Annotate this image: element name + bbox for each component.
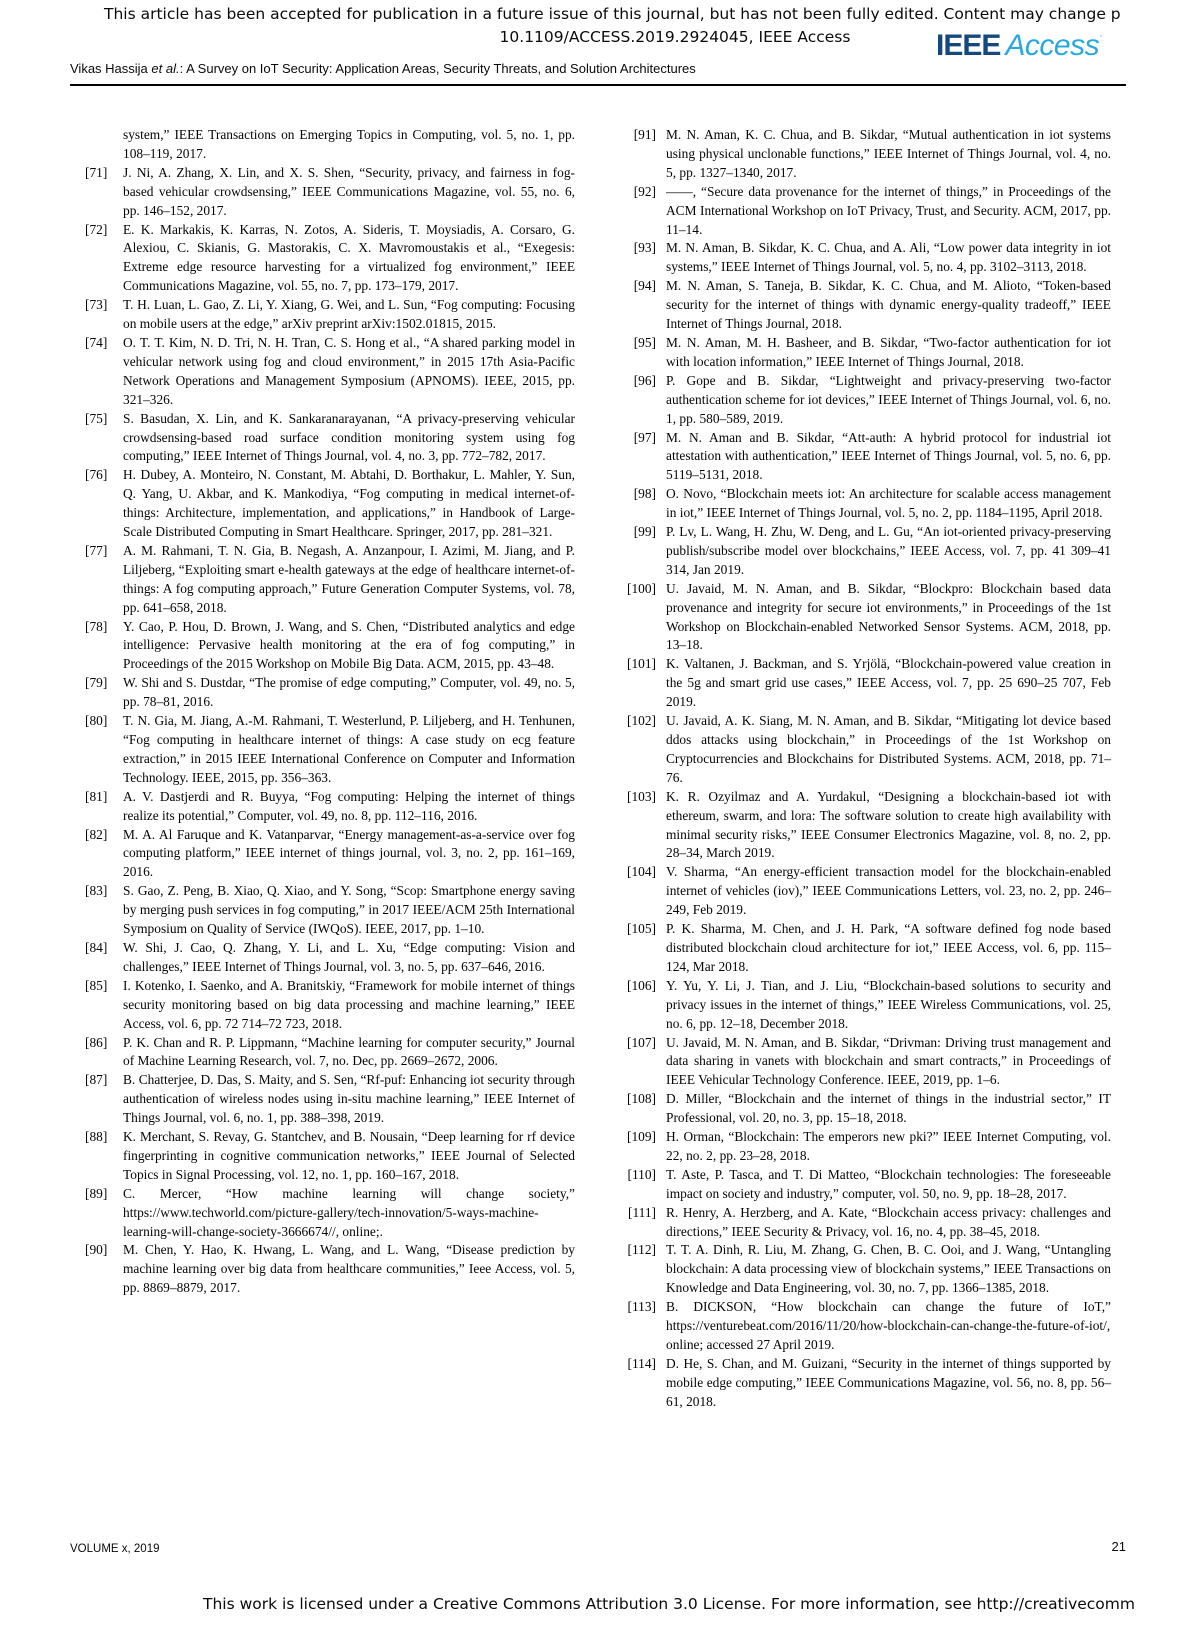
reference-item: [76]H. Dubey, A. Monteiro, N. Constant, … (85, 466, 575, 542)
reference-number: [82] (85, 826, 114, 845)
reference-number: [73] (85, 296, 114, 315)
reference-item: [73]T. H. Luan, L. Gao, Z. Li, Y. Xiang,… (85, 296, 575, 334)
reference-number: [97] (618, 429, 656, 448)
reference-item: [83]S. Gao, Z. Peng, B. Xiao, Q. Xiao, a… (85, 882, 575, 939)
reference-item: [77]A. M. Rahmani, T. N. Gia, B. Negash,… (85, 542, 575, 618)
reference-item: [88]K. Merchant, S. Revay, G. Stantchev,… (85, 1128, 575, 1185)
reference-number: [74] (85, 334, 114, 353)
reference-number: [112] (618, 1241, 656, 1260)
reference-number: [71] (85, 164, 114, 183)
reference-item: [114]D. He, S. Chan, and M. Guizani, “Se… (618, 1355, 1111, 1412)
reference-text: J. Ni, A. Zhang, X. Lin, and X. S. Shen,… (123, 165, 575, 218)
reference-number: [108] (618, 1090, 656, 1109)
reference-item: [91]M. N. Aman, K. C. Chua, and B. Sikda… (618, 126, 1111, 183)
reference-number: [100] (618, 580, 656, 599)
reference-item: [106]Y. Yu, Y. Li, J. Tian, and J. Liu, … (618, 977, 1111, 1034)
reference-number: [78] (85, 618, 114, 637)
reference-text: D. Miller, “Blockchain and the internet … (666, 1091, 1111, 1125)
reference-item: [71]J. Ni, A. Zhang, X. Lin, and X. S. S… (85, 164, 575, 221)
reference-item: [105]P. K. Sharma, M. Chen, and J. H. Pa… (618, 920, 1111, 977)
reference-text: M. N. Aman, B. Sikdar, K. C. Chua, and A… (666, 240, 1111, 274)
reference-number: [105] (618, 920, 656, 939)
reference-number: [85] (85, 977, 114, 996)
reference-item: [93]M. N. Aman, B. Sikdar, K. C. Chua, a… (618, 239, 1111, 277)
reference-item: [82]M. A. Al Faruque and K. Vatanparvar,… (85, 826, 575, 883)
reference-number: [77] (85, 542, 114, 561)
reference-number: [84] (85, 939, 114, 958)
reference-text: system,” IEEE Transactions on Emerging T… (123, 127, 575, 161)
reference-item: [92]——, “Secure data provenance for the … (618, 183, 1111, 240)
reference-number: [72] (85, 221, 114, 240)
reference-number: [99] (618, 523, 656, 542)
reference-number: [87] (85, 1071, 114, 1090)
reference-text: A. V. Dastjerdi and R. Buyya, “Fog compu… (123, 789, 575, 823)
references-column-left: system,” IEEE Transactions on Emerging T… (85, 126, 575, 1298)
reference-item: [111]R. Henry, A. Herzberg, and A. Kate,… (618, 1204, 1111, 1242)
reference-text: B. Chatterjee, D. Das, S. Maity, and S. … (123, 1072, 575, 1125)
license-notice: This work is licensed under a Creative C… (203, 1595, 1135, 1613)
reference-item: [100]U. Javaid, M. N. Aman, and B. Sikda… (618, 580, 1111, 656)
reference-number: [90] (85, 1241, 114, 1260)
reference-text: R. Henry, A. Herzberg, and A. Kate, “Blo… (666, 1205, 1111, 1239)
page-number: 21 (1112, 1539, 1126, 1554)
references-column-right: [91]M. N. Aman, K. C. Chua, and B. Sikda… (618, 126, 1111, 1412)
reference-number: [80] (85, 712, 114, 731)
reference-item: [75]S. Basudan, X. Lin, and K. Sankarana… (85, 410, 575, 467)
reference-item: [95]M. N. Aman, M. H. Basheer, and B. Si… (618, 334, 1111, 372)
reference-item: [108]D. Miller, “Blockchain and the inte… (618, 1090, 1111, 1128)
reference-text: K. Valtanen, J. Backman, and S. Yrjölä, … (666, 656, 1111, 709)
reference-item: [81]A. V. Dastjerdi and R. Buyya, “Fog c… (85, 788, 575, 826)
reference-number: [104] (618, 863, 656, 882)
reference-text: O. T. T. Kim, N. D. Tri, N. H. Tran, C. … (123, 335, 575, 407)
reference-text: M. Chen, Y. Hao, K. Hwang, L. Wang, and … (123, 1242, 575, 1295)
reference-text: T. H. Luan, L. Gao, Z. Li, Y. Xiang, G. … (123, 297, 575, 331)
reference-item: [85]I. Kotenko, I. Saenko, and A. Branit… (85, 977, 575, 1034)
reference-number: [91] (618, 126, 656, 145)
reference-text: U. Javaid, A. K. Siang, M. N. Aman, and … (666, 713, 1111, 785)
reference-text: M. N. Aman, M. H. Basheer, and B. Sikdar… (666, 335, 1111, 369)
reference-number: [103] (618, 788, 656, 807)
reference-text: D. He, S. Chan, and M. Guizani, “Securit… (666, 1356, 1111, 1409)
reference-item: [78]Y. Cao, P. Hou, D. Brown, J. Wang, a… (85, 618, 575, 675)
reference-item: [97]M. N. Aman and B. Sikdar, “Att-auth:… (618, 429, 1111, 486)
reference-item: system,” IEEE Transactions on Emerging T… (85, 126, 575, 164)
reference-item: [72]E. K. Markakis, K. Karras, N. Zotos,… (85, 221, 575, 297)
reference-text: Y. Yu, Y. Li, J. Tian, and J. Liu, “Bloc… (666, 978, 1111, 1031)
reference-number: [83] (85, 882, 114, 901)
reference-item: [104]V. Sharma, “An energy-efficient tra… (618, 863, 1111, 920)
reference-text: P. Gope and B. Sikdar, “Lightweight and … (666, 373, 1111, 426)
reference-text: K. R. Ozyilmaz and A. Yurdakul, “Designi… (666, 789, 1111, 861)
reference-number: [96] (618, 372, 656, 391)
reference-item: [109]H. Orman, “Blockchain: The emperors… (618, 1128, 1111, 1166)
reference-item: [84]W. Shi, J. Cao, Q. Zhang, Y. Li, and… (85, 939, 575, 977)
running-head-title: : A Survey on IoT Security: Application … (180, 61, 696, 76)
reference-number: [88] (85, 1128, 114, 1147)
reference-text: M. A. Al Faruque and K. Vatanparvar, “En… (123, 827, 575, 880)
reference-text: P. K. Chan and R. P. Lippmann, “Machine … (123, 1035, 575, 1069)
running-head-authors: Vikas Hassija (70, 61, 151, 76)
doi-line: 10.1109/ACCESS.2019.2924045, IEEE Access (500, 28, 851, 46)
reference-item: [79]W. Shi and S. Dustdar, “The promise … (85, 674, 575, 712)
reference-text: B. DICKSON, “How blockchain can change t… (666, 1299, 1111, 1352)
reference-text: P. K. Sharma, M. Chen, and J. H. Park, “… (666, 921, 1111, 974)
reference-item: [101]K. Valtanen, J. Backman, and S. Yrj… (618, 655, 1111, 712)
reference-text: S. Gao, Z. Peng, B. Xiao, Q. Xiao, and Y… (123, 883, 575, 936)
reference-item: [99]P. Lv, L. Wang, H. Zhu, W. Deng, and… (618, 523, 1111, 580)
reference-item: [89]C. Mercer, “How machine learning wil… (85, 1185, 575, 1242)
reference-text: K. Merchant, S. Revay, G. Stantchev, and… (123, 1129, 575, 1182)
reference-item: [86]P. K. Chan and R. P. Lippmann, “Mach… (85, 1034, 575, 1072)
volume-label: VOLUME x, 2019 (70, 1543, 159, 1555)
reference-text: M. N. Aman, S. Taneja, B. Sikdar, K. C. … (666, 278, 1111, 331)
reference-item: [94]M. N. Aman, S. Taneja, B. Sikdar, K.… (618, 277, 1111, 334)
reference-number: [76] (85, 466, 114, 485)
reference-text: U. Javaid, M. N. Aman, and B. Sikdar, “B… (666, 581, 1111, 653)
reference-text: I. Kotenko, I. Saenko, and A. Branitskiy… (123, 978, 575, 1031)
running-head: Vikas Hassija et al.: A Survey on IoT Se… (70, 61, 696, 76)
reference-text: M. N. Aman and B. Sikdar, “Att-auth: A h… (666, 430, 1111, 483)
ieee-logo-text: IEEE (936, 29, 1000, 62)
reference-item: [80]T. N. Gia, M. Jiang, A.-M. Rahmani, … (85, 712, 575, 788)
reference-item: [90]M. Chen, Y. Hao, K. Hwang, L. Wang, … (85, 1241, 575, 1298)
reference-text: H. Dubey, A. Monteiro, N. Constant, M. A… (123, 467, 575, 539)
reference-item: [112]T. T. A. Dinh, R. Liu, M. Zhang, G.… (618, 1241, 1111, 1298)
reference-item: [98]O. Novo, “Blockchain meets iot: An a… (618, 485, 1111, 523)
reference-text: U. Javaid, M. N. Aman, and B. Sikdar, “D… (666, 1035, 1111, 1088)
reference-item: [103]K. R. Ozyilmaz and A. Yurdakul, “De… (618, 788, 1111, 864)
running-head-etal: et al. (151, 61, 179, 76)
reference-text: P. Lv, L. Wang, H. Zhu, W. Deng, and L. … (666, 524, 1111, 577)
reference-number: [111] (618, 1204, 656, 1223)
reference-text: T. N. Gia, M. Jiang, A.-M. Rahmani, T. W… (123, 713, 575, 785)
header-rule (70, 84, 1126, 86)
reference-text: S. Basudan, X. Lin, and K. Sankaranaraya… (123, 411, 575, 464)
reference-item: [87]B. Chatterjee, D. Das, S. Maity, and… (85, 1071, 575, 1128)
reference-number: [113] (618, 1298, 656, 1317)
reference-number: [107] (618, 1034, 656, 1053)
reference-number: [98] (618, 485, 656, 504)
reference-text: W. Shi and S. Dustdar, “The promise of e… (123, 675, 575, 709)
reference-number: [81] (85, 788, 114, 807)
reference-text: E. K. Markakis, K. Karras, N. Zotos, A. … (123, 222, 575, 294)
reference-text: W. Shi, J. Cao, Q. Zhang, Y. Li, and L. … (123, 940, 575, 974)
reference-number: [101] (618, 655, 656, 674)
reference-item: [74]O. T. T. Kim, N. D. Tri, N. H. Tran,… (85, 334, 575, 410)
reference-number: [95] (618, 334, 656, 353)
reference-number: [92] (618, 183, 656, 202)
reference-number: [94] (618, 277, 656, 296)
reference-number: [109] (618, 1128, 656, 1147)
reference-number: [86] (85, 1034, 114, 1053)
reference-number: [89] (85, 1185, 114, 1204)
reference-text: V. Sharma, “An energy-efficient transact… (666, 864, 1111, 917)
reference-item: [96]P. Gope and B. Sikdar, “Lightweight … (618, 372, 1111, 429)
reference-number: [110] (618, 1166, 656, 1185)
reference-text: T. T. A. Dinh, R. Liu, M. Zhang, G. Chen… (666, 1242, 1111, 1295)
reference-item: [113]B. DICKSON, “How blockchain can cha… (618, 1298, 1111, 1355)
reference-number: [75] (85, 410, 114, 429)
reference-text: M. N. Aman, K. C. Chua, and B. Sikdar, “… (666, 127, 1111, 180)
reference-number: [102] (618, 712, 656, 731)
reference-text: A. M. Rahmani, T. N. Gia, B. Negash, A. … (123, 543, 575, 615)
reference-text: H. Orman, “Blockchain: The emperors new … (666, 1129, 1111, 1163)
reference-item: [102]U. Javaid, A. K. Siang, M. N. Aman,… (618, 712, 1111, 788)
reference-text: C. Mercer, “How machine learning will ch… (123, 1186, 575, 1239)
reference-item: [110]T. Aste, P. Tasca, and T. Di Matteo… (618, 1166, 1111, 1204)
ieee-access-logo: IEEEAccess· (936, 31, 1103, 61)
reference-number: [79] (85, 674, 114, 693)
reference-number: [114] (618, 1355, 656, 1374)
reference-text: T. Aste, P. Tasca, and T. Di Matteo, “Bl… (666, 1167, 1111, 1201)
access-logo-text: Access (1005, 29, 1099, 62)
logo-trademark-icon: · (1099, 30, 1103, 42)
reference-text: ——, “Secure data provenance for the inte… (666, 184, 1111, 237)
reference-number: [106] (618, 977, 656, 996)
reference-text: O. Novo, “Blockchain meets iot: An archi… (666, 486, 1111, 520)
reference-item: [107]U. Javaid, M. N. Aman, and B. Sikda… (618, 1034, 1111, 1091)
reference-text: Y. Cao, P. Hou, D. Brown, J. Wang, and S… (123, 619, 575, 672)
acceptance-notice-line: This article has been accepted for publi… (104, 5, 1121, 23)
reference-number: [93] (618, 239, 656, 258)
